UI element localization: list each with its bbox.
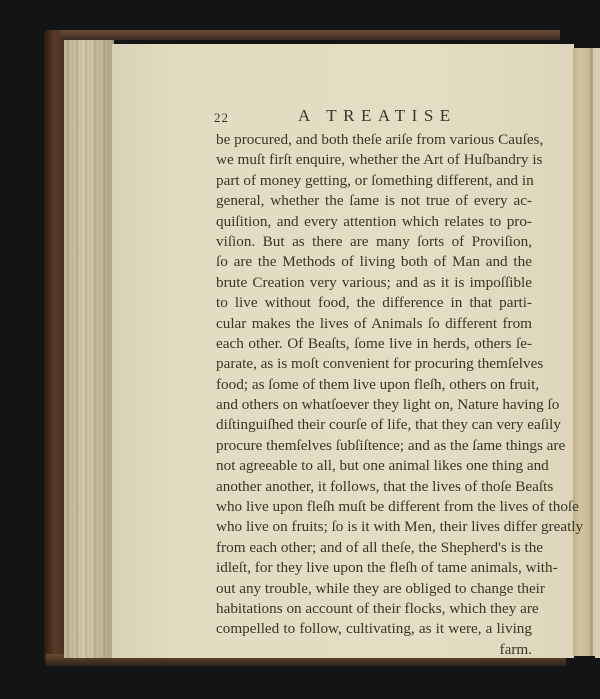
page-text-block: 22 A TREATISE be procured, and both theſ… bbox=[216, 106, 516, 660]
page-edge-right-outer bbox=[595, 48, 600, 658]
book-scan: 22 A TREATISE be procured, and both theſ… bbox=[0, 0, 600, 699]
text-line: idleſt, for they live upon the fleſh of … bbox=[216, 558, 532, 578]
running-head-title: A TREATISE bbox=[298, 106, 457, 126]
text-line: food; as ſome of them live upon fleſh, o… bbox=[216, 375, 532, 395]
text-line: each other. Of Beaſts, ſome live in herd… bbox=[216, 334, 532, 354]
text-line: not agreeable to all, but one animal lik… bbox=[216, 456, 532, 476]
text-line: brute Creation very various; and as it i… bbox=[216, 273, 532, 293]
text-line: diſtinguiſhed their courſe of life, that… bbox=[216, 415, 532, 435]
text-line: we muſt firſt enquire, whether the Art o… bbox=[216, 150, 532, 170]
text-line: another another, it follows, that the li… bbox=[216, 477, 532, 497]
text-line: who live upon fleſh muſt be different fr… bbox=[216, 497, 532, 517]
text-line: part of money getting, or ſomething diff… bbox=[216, 171, 532, 191]
text-line: cular makes the lives of Animals ſo diff… bbox=[216, 314, 532, 334]
text-line: general, whether the ſame is not true of… bbox=[216, 191, 532, 211]
text-line: and others on whatſoever they light on, … bbox=[216, 395, 532, 415]
text-line: quiſition, and every attention which rel… bbox=[216, 212, 532, 232]
text-line: procure themſelves ſubſiſtence; and as t… bbox=[216, 436, 532, 456]
text-line: parate, as is moſt convenient for procur… bbox=[216, 354, 532, 374]
text-line: ſo are the Methods of living both of Man… bbox=[216, 252, 532, 272]
text-line: who live on fruits; ſo is it with Men, t… bbox=[216, 517, 532, 537]
text-line: viſion. But as there are many ſorts of P… bbox=[216, 232, 532, 252]
text-line: from each other; and of all theſe, the S… bbox=[216, 538, 532, 558]
text-line: compelled to follow, cultivating, as it … bbox=[216, 619, 532, 639]
text-line: to live without food, the difference in … bbox=[216, 293, 532, 313]
page-edge-right bbox=[573, 48, 595, 656]
page-stack-shade bbox=[64, 40, 114, 658]
text-line-final: farm. bbox=[216, 640, 532, 660]
page-number: 22 bbox=[214, 110, 229, 126]
text-line: be procured, and both theſe ariſe from v… bbox=[216, 130, 532, 150]
text-line: out any trouble, while they are obliged … bbox=[216, 579, 532, 599]
running-head: 22 A TREATISE bbox=[216, 106, 516, 130]
book-cover-top-edge bbox=[60, 30, 560, 40]
text-line: habitations on account of their flocks, … bbox=[216, 599, 532, 619]
